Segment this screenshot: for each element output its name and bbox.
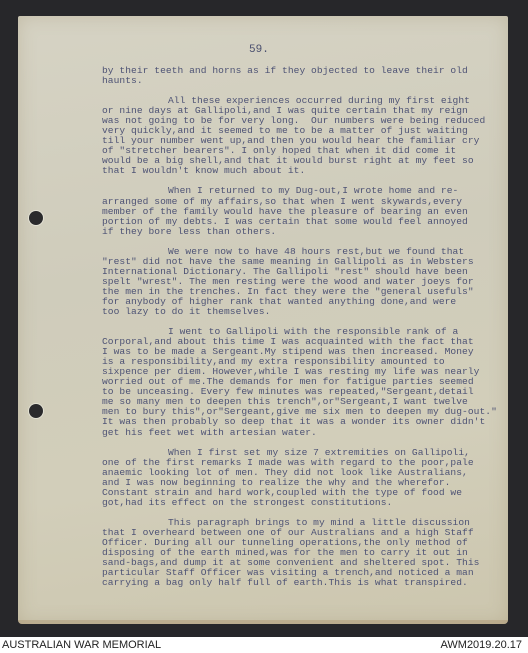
text-line: by their teeth and horns as if they obje… — [102, 66, 502, 76]
paragraph: We were now to have 48 hours rest,but we… — [102, 247, 502, 317]
text-line: got,had its effect on the strongest cons… — [102, 498, 502, 508]
paragraph: I went to Gallipoli with the responsible… — [102, 327, 502, 438]
paragraph: When I first set my size 7 extremities o… — [102, 448, 502, 508]
text-line: haunts. — [102, 76, 502, 86]
text-line: carrying a bag only half full of earth.T… — [102, 578, 502, 588]
paragraph: This paragraph brings to my mind a littl… — [102, 518, 502, 588]
paragraph: When I returned to my Dug-out,I wrote ho… — [102, 186, 502, 236]
footer-bar: AUSTRALIAN WAR MEMORIAL AWM2019.20.17 — [0, 637, 528, 653]
scan-background: 59. by their teeth and horns as if they … — [0, 0, 528, 637]
institution-label: AUSTRALIAN WAR MEMORIAL — [2, 639, 161, 651]
text-line: if they bore less than others. — [102, 227, 502, 237]
text-line: When I returned to my Dug-out,I wrote ho… — [102, 186, 502, 196]
text-line: that I wouldn't know much about it. — [102, 166, 502, 176]
text-line: It was then probably so deep that it was… — [102, 417, 502, 427]
paragraph: All these experiences occurred during my… — [102, 96, 502, 176]
accession-number: AWM2019.20.17 — [440, 639, 522, 651]
binding-hole-icon — [29, 404, 43, 418]
binding-hole-icon — [29, 211, 43, 225]
typescript-body: by their teeth and horns as if they obje… — [102, 66, 502, 598]
paragraph: by their teeth and horns as if they obje… — [102, 66, 502, 86]
text-line: get his feet wet with artesian water. — [102, 428, 502, 438]
text-line: too lazy to do it themselves. — [102, 307, 502, 317]
page-number: 59. — [249, 44, 269, 56]
